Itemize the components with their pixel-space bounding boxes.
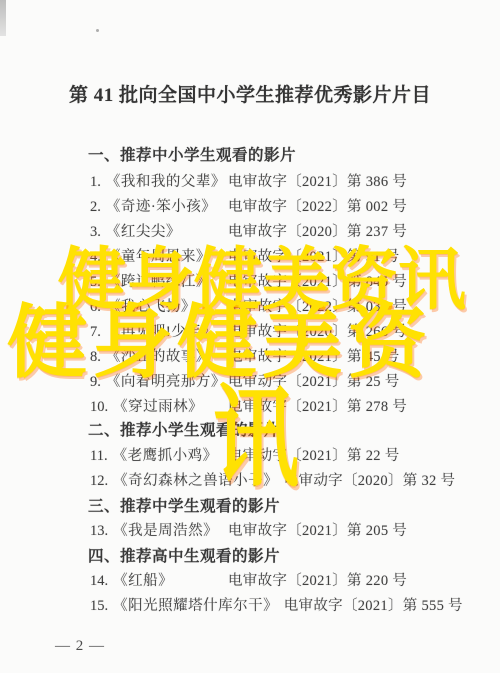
censor-code: 电审故字〔2021〕第 220 号 (228, 569, 407, 590)
censor-code: 电审故字〔2021〕第 205 号 (228, 519, 407, 540)
film-title: 《我是周浩然》 (113, 523, 218, 539)
film-number: 12. (90, 473, 108, 489)
film-title: 《奇迹·笨小孩》 (106, 199, 216, 215)
film-number: 15. (90, 598, 108, 614)
film-row-14: 14.《红船》 电审故字〔2021〕第 220 号 (90, 569, 500, 590)
section-heading-4: 四、推荐高中生观看的影片 (88, 544, 280, 566)
film-number: 11. (90, 448, 108, 464)
film-title: 《穿过雨林》 (113, 399, 203, 415)
scan-artifact-corner (0, 0, 6, 36)
document-title: 第 41 批向全国中小学生推荐优秀影片片目 (0, 80, 500, 107)
section-heading-1: 一、推荐中小学生观看的影片 (88, 143, 296, 165)
watermark-text-line3: 讯 (213, 384, 299, 494)
film-number: 13. (90, 523, 108, 539)
film-row-15: 15.《阳光照耀塔什库尔干》 电审故字〔2021〕第 555 号 (90, 594, 500, 615)
scan-artifact-speck (96, 29, 99, 32)
film-title: 《阳光照耀塔什库尔干》 (113, 598, 278, 614)
censor-code: 电审故字〔2021〕第 555 号 (284, 598, 463, 614)
film-title: 《老鹰抓小鸡》 (113, 448, 218, 464)
film-title: 《红船》 (113, 573, 173, 589)
film-row-1: 1.《我和我的父辈》 电审故字〔2021〕第 386 号 (90, 170, 500, 191)
film-number: 3. (90, 224, 101, 240)
film-number: 14. (90, 573, 108, 589)
film-title: 《我和我的父辈》 (106, 174, 226, 190)
film-row-13: 13.《我是周浩然》 电审故字〔2021〕第 205 号 (90, 519, 500, 540)
censor-code: 电审故字〔2021〕第 386 号 (228, 170, 407, 191)
document-page: 第 41 批向全国中小学生推荐优秀影片片目 一、推荐中小学生观看的影片 1.《我… (0, 0, 500, 673)
censor-code: 电审动字〔2020〕第 32 号 (284, 473, 456, 489)
film-title: 《红尖尖》 (106, 224, 181, 240)
page-number: — 2 — (55, 638, 105, 655)
censor-code: 电审故字〔2022〕第 002 号 (228, 195, 407, 216)
watermark-text-line2: ,健身健美资 (0, 303, 432, 383)
film-row-3: 3.《红尖尖》 电审故字〔2020〕第 237 号 (90, 220, 500, 241)
film-number: 10. (90, 399, 108, 415)
film-row-2: 2.《奇迹·笨小孩》 电审故字〔2022〕第 002 号 (90, 195, 500, 216)
film-number: 1. (90, 174, 101, 190)
censor-code: 电审故字〔2020〕第 237 号 (228, 220, 407, 241)
film-number: 2. (90, 199, 101, 215)
